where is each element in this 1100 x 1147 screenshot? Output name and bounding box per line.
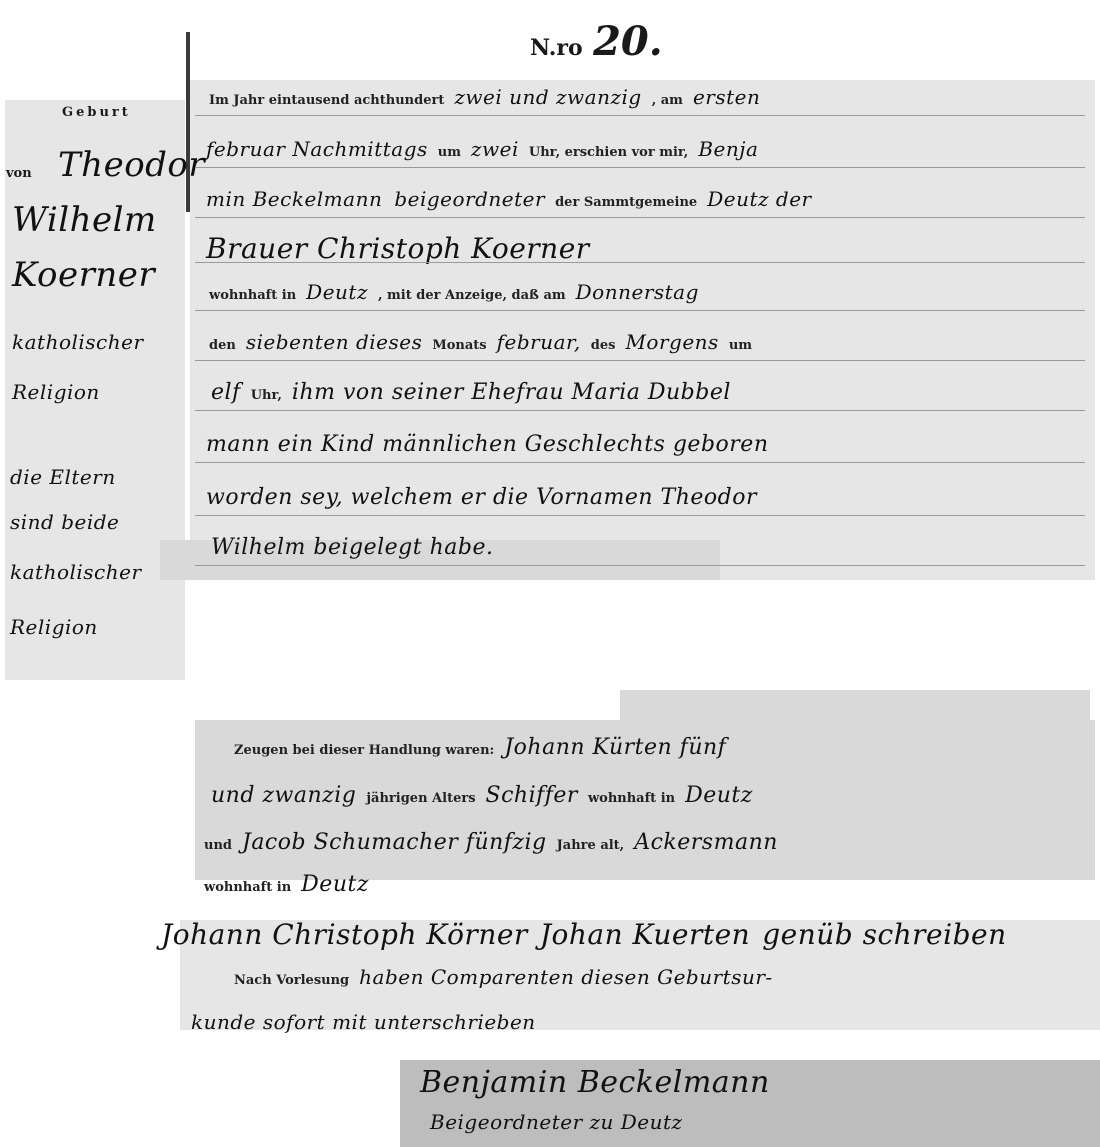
- closing-line: Nach Vorlesunghaben Comparenten diesen G…: [230, 965, 779, 989]
- printed-text: den: [209, 338, 236, 353]
- official-signature: Benjamin Beckelmann: [420, 1065, 770, 1100]
- handwritten-text: mann ein Kind männlichen Geschlechts geb…: [206, 432, 768, 457]
- handwritten-text: Benja: [698, 137, 758, 161]
- handwritten-text: Johann Kürten fünf: [504, 735, 726, 760]
- signature-line: Johann Christoph KörnerJohan Kuertengenü…: [155, 918, 1013, 951]
- ruled-line: [195, 262, 1085, 263]
- margin-divider: [186, 32, 190, 212]
- child-name-line: Wilhelm: [12, 200, 157, 240]
- handwritten-text: Deutz: [306, 280, 368, 304]
- handwritten-text: siebenten dieses: [246, 330, 423, 354]
- handwritten-text: Deutz der: [707, 187, 811, 211]
- handwritten-text: ersten: [693, 85, 760, 109]
- handwritten-text: worden sey, welchem er die Vornamen Theo…: [206, 485, 757, 510]
- margin-heading: Geburt: [62, 105, 131, 120]
- parents-note-line: Religion: [10, 615, 98, 639]
- parents-note-line: sind beide: [10, 510, 119, 534]
- ruled-line: [195, 462, 1085, 463]
- printed-text: Jahre alt,: [557, 838, 625, 853]
- printed-text: , mit der Anzeige, daß am: [378, 288, 566, 303]
- record-number-value: 20.: [593, 18, 663, 65]
- handwritten-text: Deutz: [301, 872, 369, 897]
- handwritten-text: Brauer Christoph Koerner: [206, 232, 590, 265]
- record-line: Im Jahr eintausend achthundertzwei und z…: [205, 85, 766, 109]
- witness-line: und zwanzigjährigen AltersSchifferwohnha…: [205, 783, 759, 808]
- printed-text: wohnhaft in: [204, 880, 291, 895]
- handwritten-text: und zwanzig: [211, 783, 356, 808]
- handwritten-text: min Beckelmann: [206, 187, 382, 211]
- parents-note-line: die Eltern: [10, 465, 116, 489]
- handwritten-text: Jacob Schumacher fünfzig: [242, 830, 547, 855]
- printed-text: Uhr, erschien vor mir,: [529, 145, 688, 160]
- printed-text: , am: [652, 93, 683, 108]
- printed-text: des: [591, 338, 616, 353]
- parents-note-line: katholischer: [10, 560, 142, 584]
- record-line: mann ein Kind männlichen Geschlechts geb…: [200, 432, 774, 457]
- printed-text: der Sammtgemeine: [555, 195, 697, 210]
- handwritten-text: Schiffer: [486, 783, 578, 808]
- record-number-prefix: N.ro: [530, 35, 583, 61]
- handwritten-text: zwei und zwanzig: [454, 85, 641, 109]
- handwritten-text: februar,: [497, 330, 581, 354]
- official-title: Beigeordneter zu Deutz: [430, 1110, 683, 1134]
- ruled-line: [195, 115, 1085, 116]
- printed-text: um: [729, 338, 752, 353]
- printed-text: jährigen Alters: [366, 791, 475, 806]
- margin-von: von: [6, 166, 32, 181]
- record-line: elfUhr,ihm von seiner Ehefrau Maria Dubb…: [205, 380, 737, 405]
- printed-text: und: [204, 838, 232, 853]
- ruled-line: [195, 310, 1085, 311]
- record-line: Brauer Christoph Koerner: [200, 232, 596, 265]
- handwritten-text: zwei: [471, 137, 519, 161]
- printed-text: Uhr,: [251, 388, 282, 403]
- printed-text: Zeugen bei dieser Handlung waren:: [234, 743, 494, 758]
- closing-line: kunde sofort mit unterschrieben: [185, 1010, 542, 1034]
- printed-text: um: [438, 145, 461, 160]
- scan-shade-witnesses-top: [620, 690, 1090, 730]
- ruled-line: [195, 167, 1085, 168]
- handwritten-text: genüb schreiben: [762, 918, 1006, 951]
- handwritten-text: Johann Christoph Körner: [161, 918, 528, 951]
- ruled-line: [195, 360, 1085, 361]
- child-name-line: Theodor: [58, 145, 205, 185]
- ruled-line: [195, 410, 1085, 411]
- record-line: min Beckelmannbeigeordneterder Sammtgeme…: [200, 187, 818, 211]
- religion-line: Religion: [12, 380, 100, 404]
- record-line: februar NachmittagsumzweiUhr, erschien v…: [200, 137, 764, 161]
- ruled-line: [195, 217, 1085, 218]
- handwritten-text: Wilhelm beigelegt habe.: [211, 535, 493, 560]
- handwritten-text: beigeordneter: [394, 187, 545, 211]
- witness-line: wohnhaft inDeutz: [200, 872, 375, 897]
- printed-text: wohnhaft in: [209, 288, 296, 303]
- handwritten-text: Deutz: [685, 783, 753, 808]
- child-name-line: Koerner: [12, 255, 155, 295]
- handwritten-text: ihm von seiner Ehefrau Maria Dubbel: [292, 380, 731, 405]
- handwritten-text: Donnerstag: [576, 280, 699, 304]
- ruled-line: [195, 515, 1085, 516]
- printed-text: Nach Vorlesung: [234, 973, 349, 988]
- record-line: wohnhaft inDeutz, mit der Anzeige, daß a…: [205, 280, 705, 304]
- ruled-line: [195, 565, 1085, 566]
- handwritten-text: Ackersmann: [634, 830, 778, 855]
- handwritten-text: februar Nachmittags: [206, 137, 428, 161]
- handwritten-text: kunde sofort mit unterschrieben: [191, 1010, 536, 1034]
- handwritten-text: Morgens: [625, 330, 718, 354]
- record-line: Wilhelm beigelegt habe.: [205, 535, 499, 560]
- printed-text: wohnhaft in: [588, 791, 675, 806]
- handwritten-text: haben Comparenten diesen Geburtsur-: [359, 965, 773, 989]
- record-line: densiebenten diesesMonatsfebruar,desMorg…: [205, 330, 756, 354]
- handwritten-text: elf: [211, 380, 241, 405]
- printed-text: Monats: [432, 338, 486, 353]
- witness-line: undJacob Schumacher fünfzigJahre alt,Ack…: [200, 830, 784, 855]
- record-line: worden sey, welchem er die Vornamen Theo…: [200, 485, 763, 510]
- printed-text: Im Jahr eintausend achthundert: [209, 93, 444, 108]
- handwritten-text: Johan Kuerten: [540, 918, 750, 951]
- religion-line: katholischer: [12, 330, 144, 354]
- witness-line: Zeugen bei dieser Handlung waren:Johann …: [230, 735, 732, 760]
- record-number: N.ro 20.: [530, 18, 663, 65]
